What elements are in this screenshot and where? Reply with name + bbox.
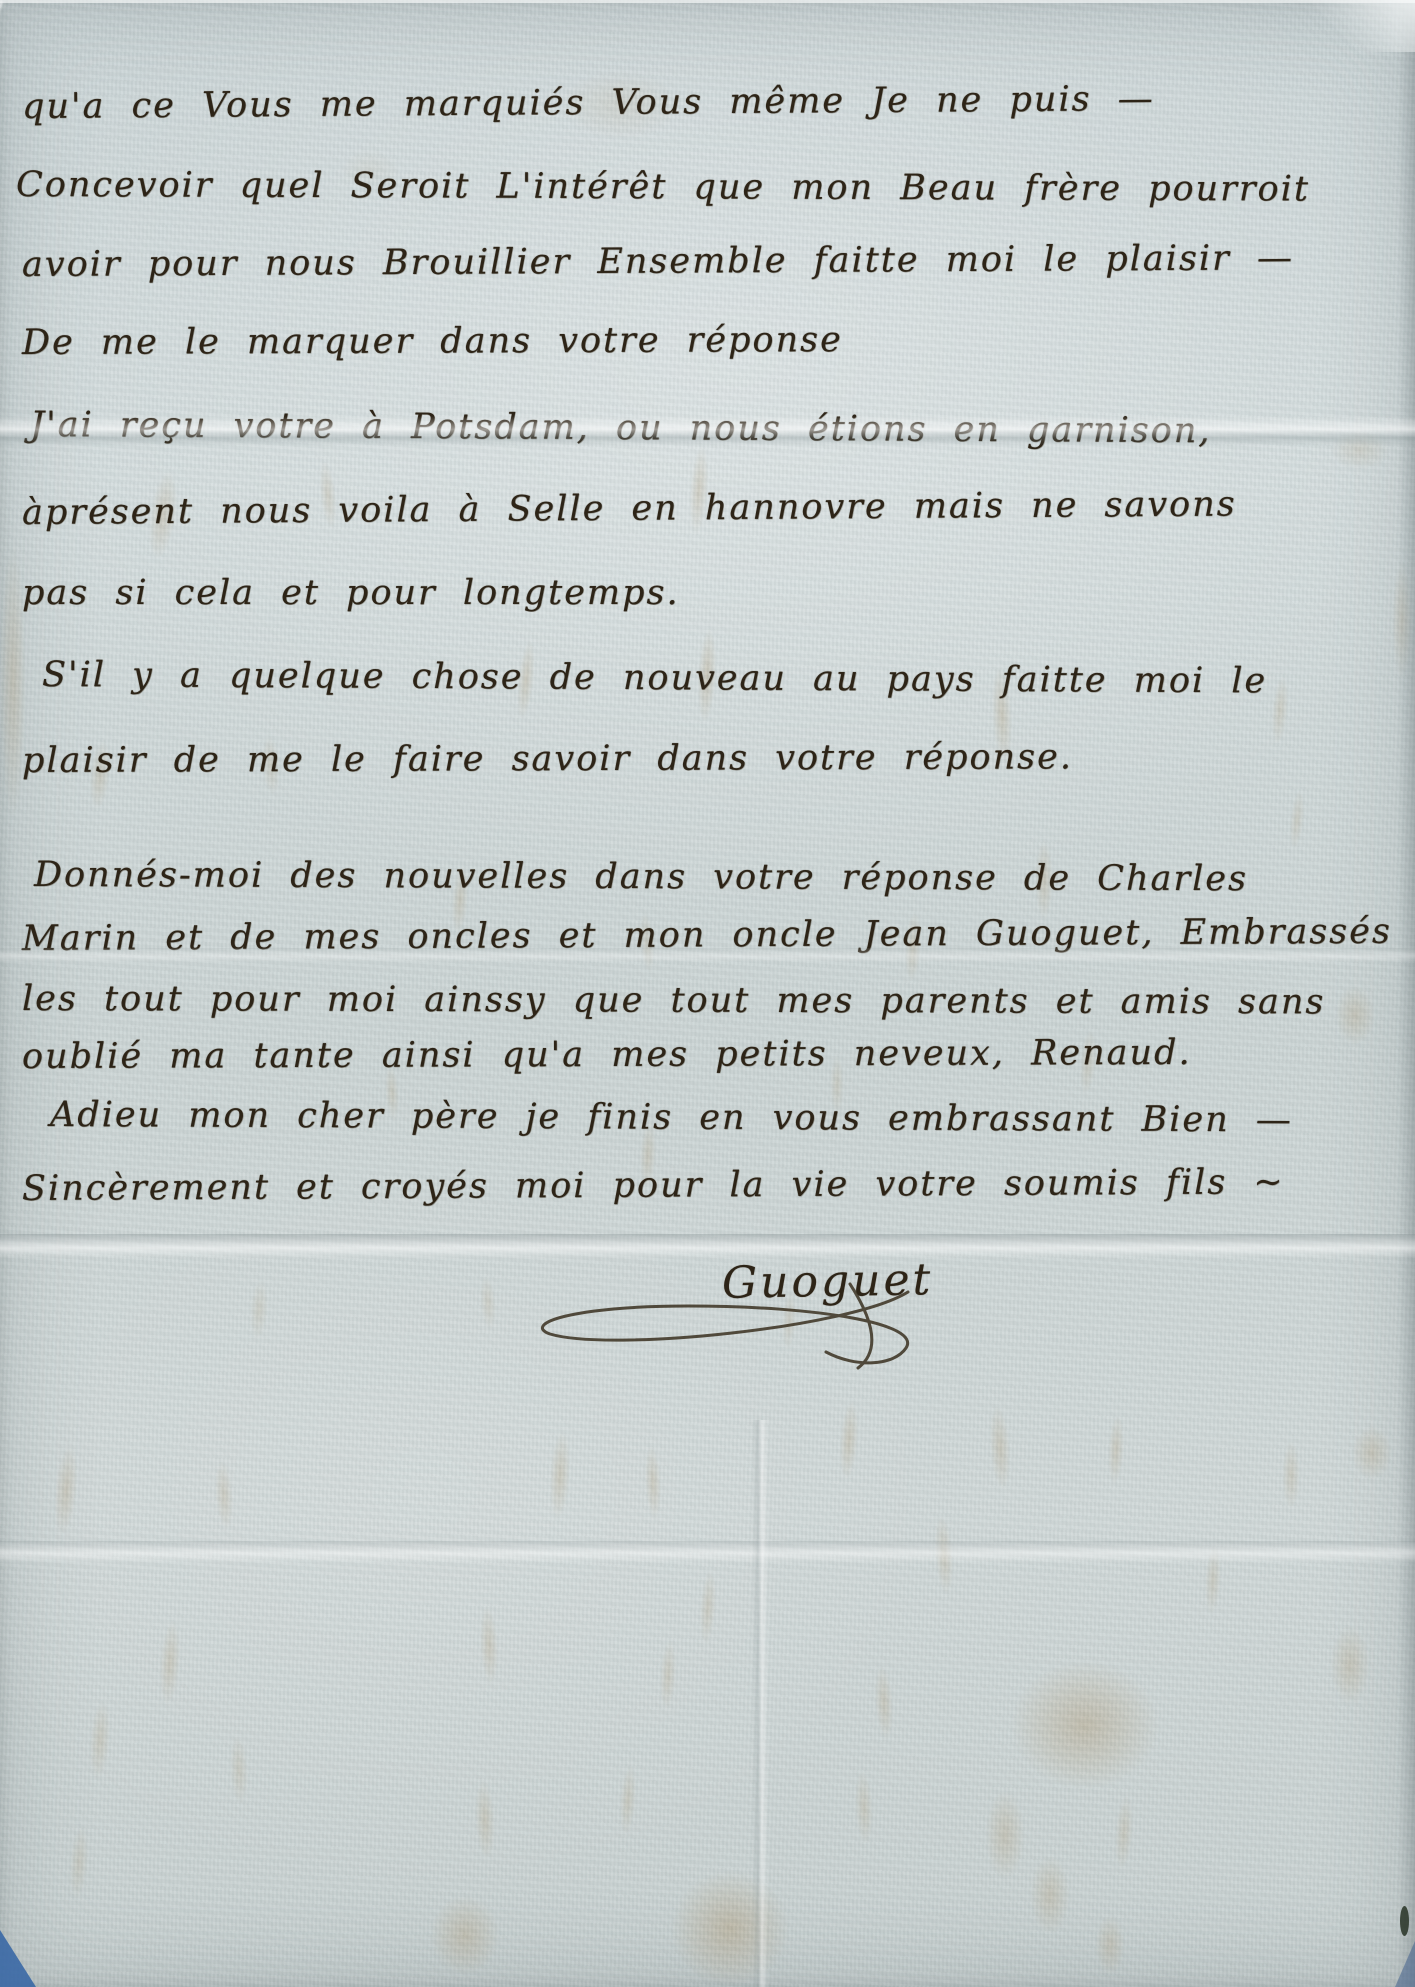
stain	[228, 1735, 250, 1806]
stain	[157, 1619, 183, 1705]
stain	[1203, 1545, 1223, 1616]
stain	[1095, 1915, 1125, 1975]
stain	[853, 1770, 875, 1846]
stain	[478, 1605, 500, 1686]
letter-page: qu'a ce Vous me marquiés Vous même Je ne…	[0, 0, 1415, 1987]
stain	[1112, 1794, 1135, 1870]
stain	[430, 1895, 500, 1975]
handwritten-line: àprésent nous voila à Selle en hannovre …	[22, 486, 1237, 533]
signature-flourish	[520, 1272, 940, 1392]
fold-crease-vertical	[752, 1420, 768, 1987]
stain	[1335, 985, 1375, 1045]
stain	[473, 1780, 497, 1861]
stain	[67, 1824, 90, 1900]
stain	[1269, 674, 1291, 745]
handwritten-line: Adieu mon cher père je finis en vous emb…	[50, 1096, 1293, 1140]
stain	[658, 1640, 678, 1711]
stain	[1106, 1415, 1126, 1486]
stain	[985, 1790, 1025, 1880]
handwritten-line: les tout pour moi ainssy que tout mes pa…	[22, 980, 1325, 1022]
handwritten-line: Concevoir quel Seroit L'intérêt que mon …	[16, 166, 1310, 209]
handwritten-line: Marin et de mes oncles et mon oncle Jean…	[22, 913, 1392, 959]
stain	[1352, 1425, 1392, 1480]
handwritten-line: plaisir de me le faire savoir dans votre…	[22, 738, 1073, 780]
handwritten-line: qu'a ce Vous me marquiés Vous même Je ne…	[22, 80, 1155, 126]
handwritten-line: De me le marquer dans votre réponse	[22, 321, 843, 362]
fold-crease-diagonal	[0, 0, 4, 394]
handwritten-line: Donnés-moi des nouvelles dans votre répo…	[34, 856, 1248, 899]
stain	[987, 1404, 1013, 1490]
ink-speck	[1400, 1906, 1409, 1936]
scan-top-edge	[0, 0, 1415, 3]
stain	[248, 1279, 270, 1340]
handwritten-line: avoir pour nous Brouillier Ensemble fait…	[22, 239, 1294, 284]
handwritten-line: pas si cela et pour longtemps.	[22, 574, 680, 613]
handwritten-line: oublié ma tante ainsi qu'a mes petits ne…	[22, 1034, 1192, 1077]
stain	[837, 1399, 861, 1480]
stain	[478, 1274, 499, 1330]
stain	[872, 1664, 895, 1740]
folded-corner-highlight	[1285, 0, 1415, 52]
handwritten-line: J'ai reçu votre à Potsdam, ou nous étion…	[30, 406, 1212, 451]
handwritten-line: S'il y a quelque chose de nouveau au pay…	[42, 656, 1267, 701]
stain	[1287, 789, 1307, 850]
stain	[618, 1765, 639, 1836]
stain	[548, 1430, 573, 1521]
stain	[670, 1870, 790, 1987]
scanner-corner-blue	[0, 1925, 36, 1987]
stain	[1330, 430, 1390, 470]
stain	[643, 1445, 663, 1521]
stain	[213, 1459, 236, 1530]
fold-crease	[0, 1234, 1415, 1258]
stain	[87, 1699, 113, 1780]
stain	[51, 1444, 81, 1536]
stain	[697, 1570, 718, 1646]
stain	[1010, 1660, 1160, 1790]
scan-right-shadow	[1397, 0, 1415, 1987]
stain	[1282, 1440, 1300, 1510]
stain	[1330, 1625, 1370, 1705]
handwritten-line: Sincèrement et croyés moi pour la vie vo…	[22, 1163, 1285, 1208]
fold-crease	[0, 1541, 1415, 1563]
stain	[1030, 1855, 1070, 1935]
stain	[932, 1514, 956, 1595]
